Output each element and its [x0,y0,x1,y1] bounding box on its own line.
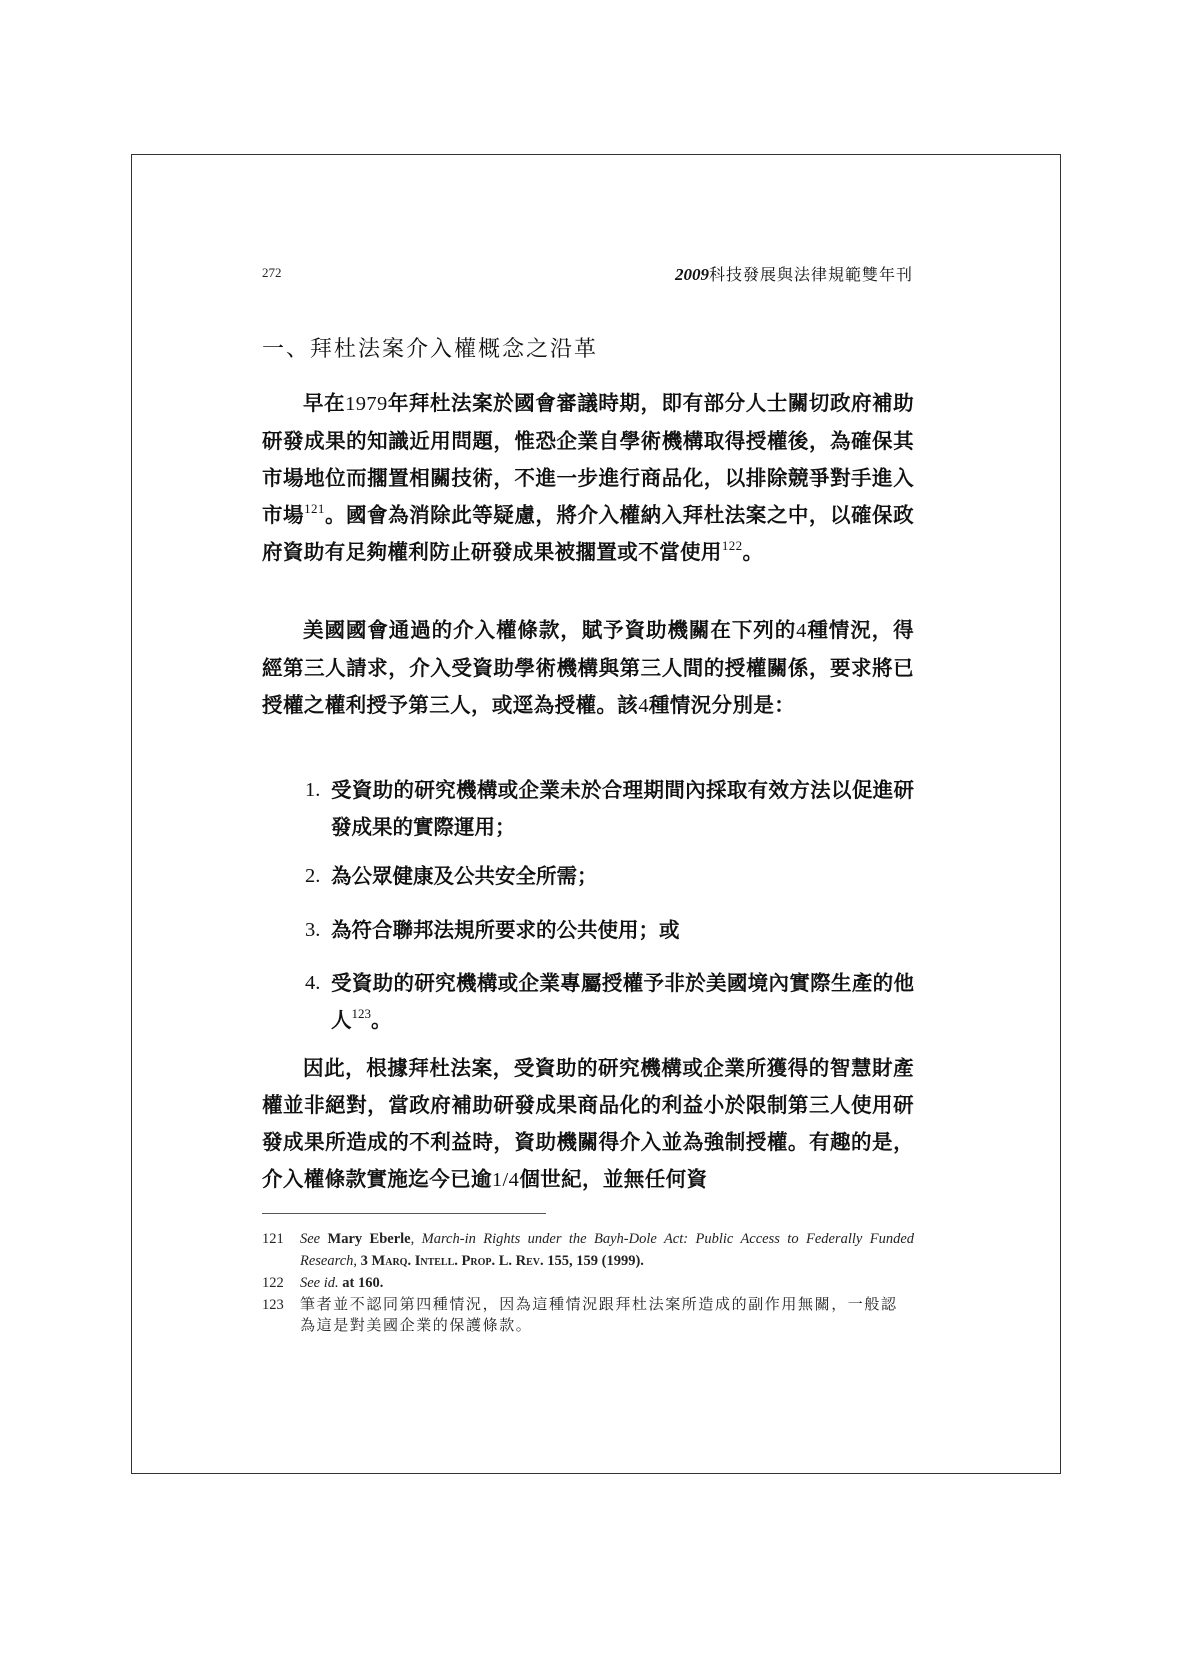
footnote-number: 121 [262,1228,284,1250]
number: 4 [638,695,649,717]
text: 。 [743,540,764,564]
running-head: 2009科技發展與法律規範雙年刊 [675,262,913,285]
citation: 155, 159 (1999). [547,1253,644,1269]
section-title: 一、拜杜法案介入權概念之沿革 [262,332,598,363]
signal: See [300,1231,320,1247]
volume: 3 [361,1253,368,1269]
running-head-year: 2009 [675,265,709,284]
list-item-1: 1.受資助的研究機構或企業未於合理期間內採取有效方法以促進研發成果的實際運用； [305,772,914,846]
text: 種情況分別是： [649,693,795,717]
footnote-text: 筆者並不認同第四種情況，因為這種情況跟拜杜法案所造成的副作用無關，一般認為這是對… [300,1294,914,1336]
list-number: 3. [305,912,320,949]
list-text: 受資助的研究機構或企業專屬授權予非於美國境內實際生產的他人 [331,971,914,1032]
paragraph-3: 因此，根據拜杜法案，受資助的研究機構或企業所獲得的智慧財產權並非絕對，當政府補助… [262,1050,914,1199]
list-item-2: 2.為公眾健康及公共安全所需； [305,858,914,895]
fraction: 1/4 [492,1169,519,1191]
footnote-number: 122 [262,1272,284,1294]
text: 個世紀，並無任何資 [519,1167,707,1191]
footnote-123: 123 筆者並不認同第四種情況，因為這種情況跟拜杜法案所造成的副作用無關，一般認… [262,1294,914,1336]
running-head-title: 科技發展與法律規範雙年刊 [709,265,913,284]
list-text: 受資助的研究機構或企業未於合理期間內採取有效方法以促進研發成果的實際運用； [331,778,914,839]
footnotes: 121 See Mary Eberle, March-in Rights und… [262,1228,914,1336]
text: 美國國會通過的介入權條款，賦予資助機關在下列的 [303,618,796,642]
list-item-3: 3.為符合聯邦法規所要求的公共使用；或 [305,912,914,949]
footnote-ref-121[interactable]: 121 [304,501,325,516]
footnote-ref-122[interactable]: 122 [722,538,743,553]
footnote-ref-123[interactable]: 123 [352,1006,372,1021]
year: 1979 [345,393,388,415]
author: Mary Eberle [328,1231,411,1247]
list-number: 1. [305,772,320,809]
list-text: 為符合聯邦法規所要求的公共使用；或 [331,918,680,942]
paragraph-2: 美國國會通過的介入權條款，賦予資助機關在下列的4種情況，得經第三人請求，介入受資… [262,612,914,725]
list-item-4: 4.受資助的研究機構或企業專屬授權予非於美國境內實際生產的他人123。 [305,965,914,1039]
footnote-122: 122 See id. at 160. [262,1272,914,1294]
paragraph-1: 早在1979年拜杜法案於國會審議時期，即有部分人士關切政府補助研發成果的知識近用… [262,385,914,571]
signal: See id. [300,1275,339,1291]
list-number: 4. [305,965,320,1002]
footnote-121: 121 See Mary Eberle, March-in Rights und… [262,1228,914,1272]
number: 4 [796,620,807,642]
page-number: 272 [262,265,282,281]
footnote-divider [262,1213,546,1214]
footnote-number: 123 [262,1294,284,1316]
list-number: 2. [305,858,320,895]
text: 。 [371,1008,392,1032]
journal: Marq. Intell. Prop. L. Rev. [372,1253,544,1269]
text: 。國會為消除此等疑慮，將介入權納入拜杜法案之中，以確保政府資助有足夠權利防止研發… [262,503,914,564]
text: 早在 [303,391,345,415]
list-text: 為公眾健康及公共安全所需； [331,864,598,888]
citation: at 160. [342,1275,383,1291]
